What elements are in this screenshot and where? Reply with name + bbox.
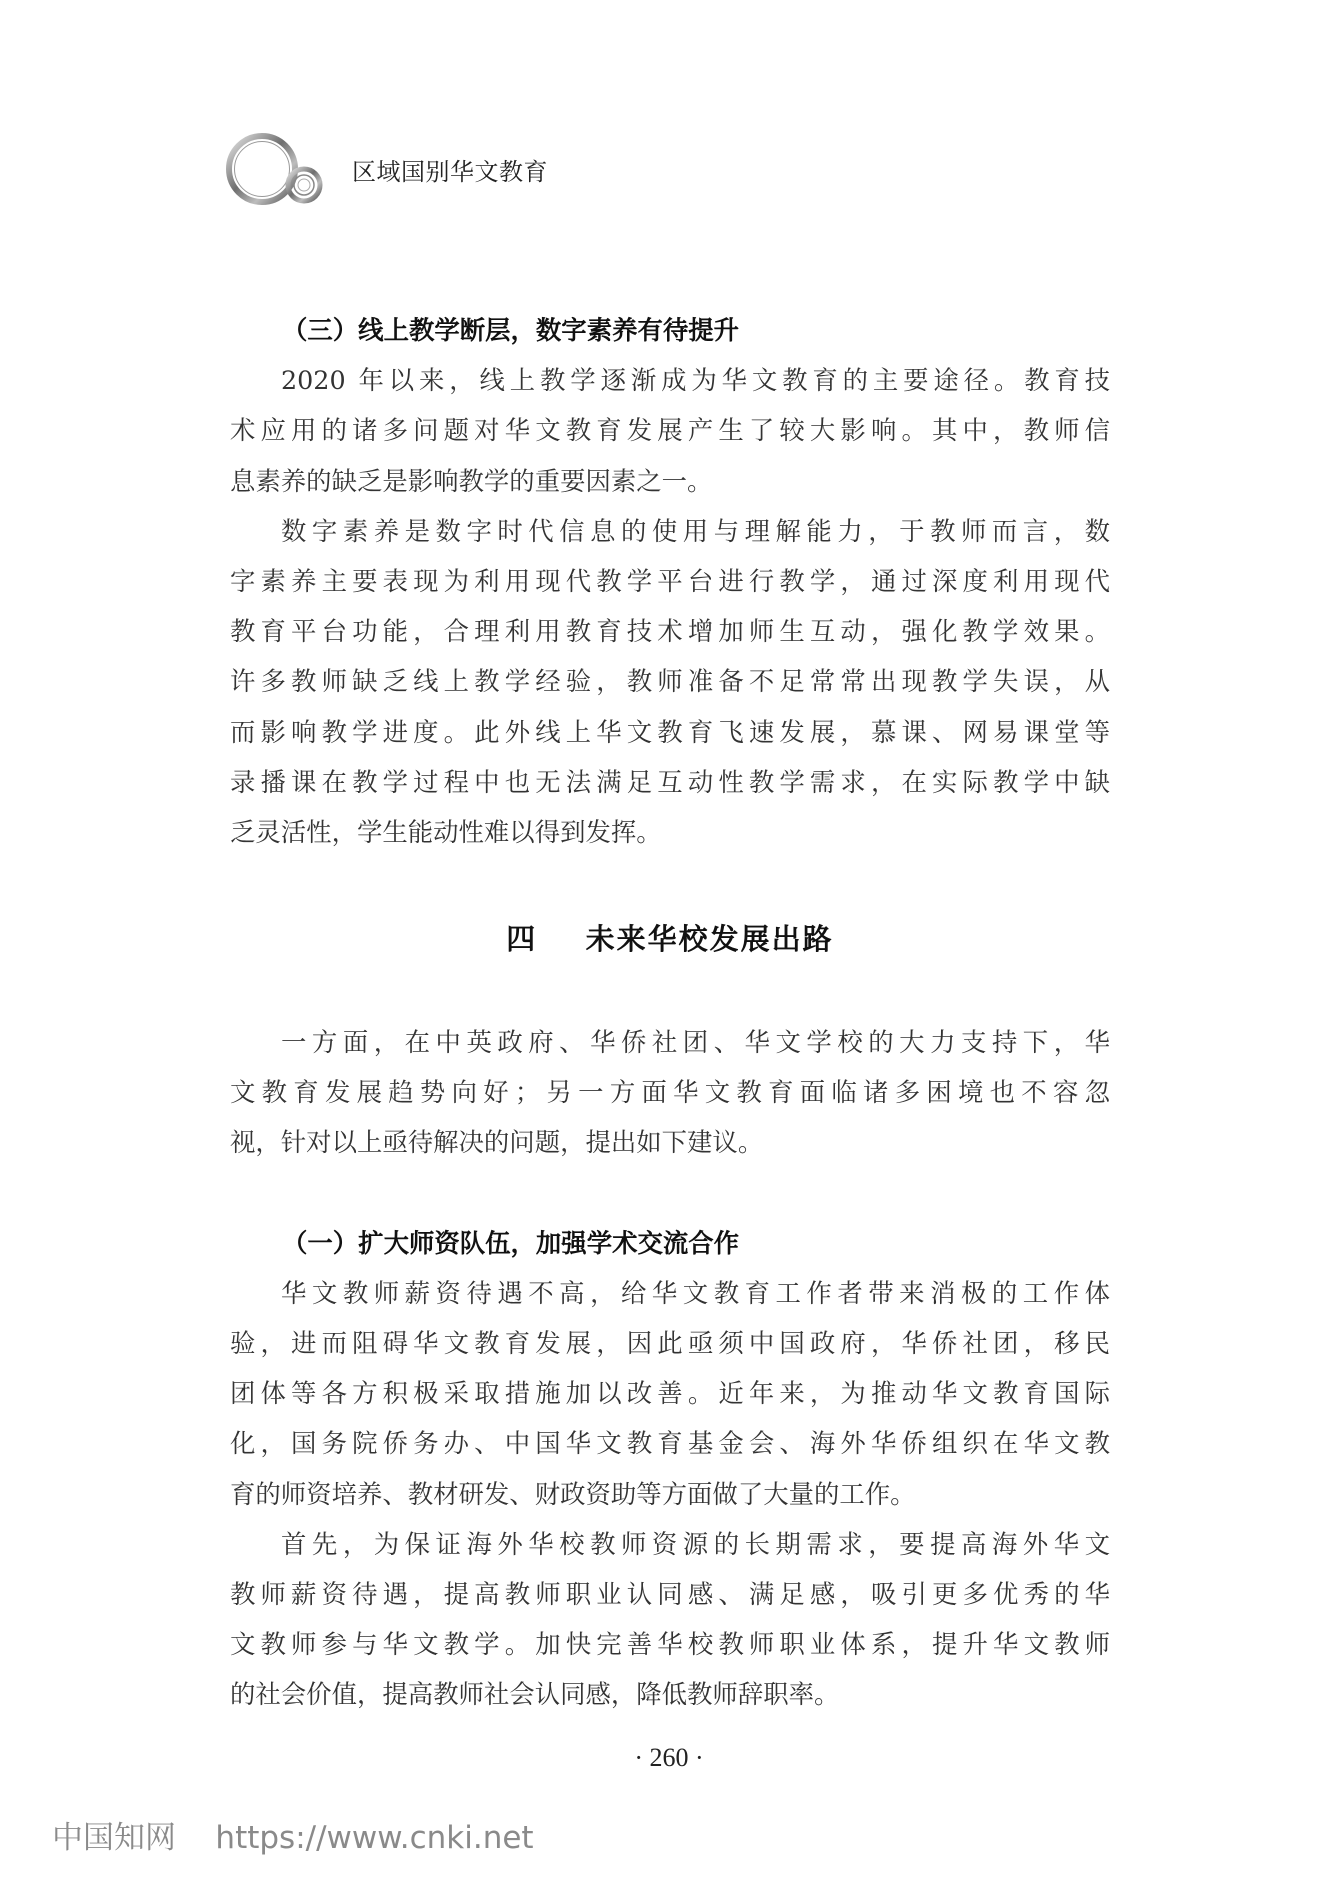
text-line: 验，进而阻碍华文教育发展，因此亟须中国政府，华侨社团，移民 xyxy=(230,1318,1110,1368)
text-line: 化，国务院侨务办、中国华文教育基金会、海外华侨组织在华文教 xyxy=(230,1418,1110,1468)
text-line: 录播课在教学过程中也无法满足互动性教学需求，在实际教学中缺 xyxy=(230,757,1110,807)
section-heading-1: （一）扩大师资队伍，加强学术交流合作 xyxy=(230,1218,1110,1268)
paragraph: 首先，为保证海外华校教师资源的长期需求，要提高海外华文 教师薪资待遇，提高教师职… xyxy=(230,1519,1110,1720)
text-line: 术应用的诸多问题对华文教育发展产生了较大影响。其中，教师信 xyxy=(230,405,1110,455)
text-line: 首先，为保证海外华校教师资源的长期需求，要提高海外华文 xyxy=(230,1519,1110,1569)
text-line: 数字素养是数字时代信息的使用与理解能力，于教师而言，数 xyxy=(230,506,1110,556)
text-line: 字素养主要表现为利用现代教学平台进行教学，通过深度利用现代 xyxy=(230,556,1110,606)
chapter-section-heading: 四 未来华校发展出路 xyxy=(230,919,1110,959)
paragraph: 一方面，在中英政府、华侨社团、华文学校的大力支持下，华 文教育发展趋势向好；另一… xyxy=(230,1017,1110,1168)
text-line: 育的师资培养、教材研发、财政资助等方面做了大量的工作。 xyxy=(230,1469,1110,1519)
cnki-watermark: 中国知网 https://www.cnki.net xyxy=(52,1818,534,1858)
double-ring-logo-icon xyxy=(226,130,341,210)
text-line: 息素养的缺乏是影响教学的重要因素之一。 xyxy=(230,456,1110,506)
text-line: 文教师参与华文教学。加快完善华校教师职业体系，提升华文教师 xyxy=(230,1619,1110,1669)
text-line: 许多教师缺乏线上教学经验，教师准备不足常常出现教学失误，从 xyxy=(230,656,1110,706)
page-body: （三）线上教学断层，数字素养有待提升 2020 年以来，线上教学逐渐成为华文教育… xyxy=(230,305,1110,1720)
page-number: · 260 · xyxy=(0,1743,1338,1773)
text-line: 一方面，在中英政府、华侨社团、华文学校的大力支持下，华 xyxy=(230,1017,1110,1067)
text-line: 2020 年以来，线上教学逐渐成为华文教育的主要途径。教育技 xyxy=(230,355,1110,405)
paragraph: 数字素养是数字时代信息的使用与理解能力，于教师而言，数 字素养主要表现为利用现代… xyxy=(230,506,1110,857)
text-line: 而影响教学进度。此外线上华文教育飞速发展，慕课、网易课堂等 xyxy=(230,707,1110,757)
text-line: 教育平台功能，合理利用教育技术增加师生互动，强化教学效果。 xyxy=(230,606,1110,656)
text-line: 视，针对以上亟待解决的问题，提出如下建议。 xyxy=(230,1117,1110,1167)
text-line: 华文教师薪资待遇不高，给华文教育工作者带来消极的工作体 xyxy=(230,1268,1110,1318)
running-head-title: 区域国别华文教育 xyxy=(352,157,548,187)
paragraph: 华文教师薪资待遇不高，给华文教育工作者带来消极的工作体 验，进而阻碍华文教育发展… xyxy=(230,1268,1110,1519)
text-line: 文教育发展趋势向好；另一方面华文教育面临诸多困境也不容忽 xyxy=(230,1067,1110,1117)
text-line: 的社会价值，提高教师社会认同感，降低教师辞职率。 xyxy=(230,1669,1110,1719)
text-line: 教师薪资待遇，提高教师职业认同感、满足感，吸引更多优秀的华 xyxy=(230,1569,1110,1619)
paragraph: 2020 年以来，线上教学逐渐成为华文教育的主要途径。教育技 术应用的诸多问题对… xyxy=(230,355,1110,506)
section-heading-3: （三）线上教学断层，数字素养有待提升 xyxy=(230,305,1110,355)
text-line: 团体等各方积极采取措施加以改善。近年来，为推动华文教育国际 xyxy=(230,1368,1110,1418)
text-line: 乏灵活性，学生能动性难以得到发挥。 xyxy=(230,807,1110,857)
